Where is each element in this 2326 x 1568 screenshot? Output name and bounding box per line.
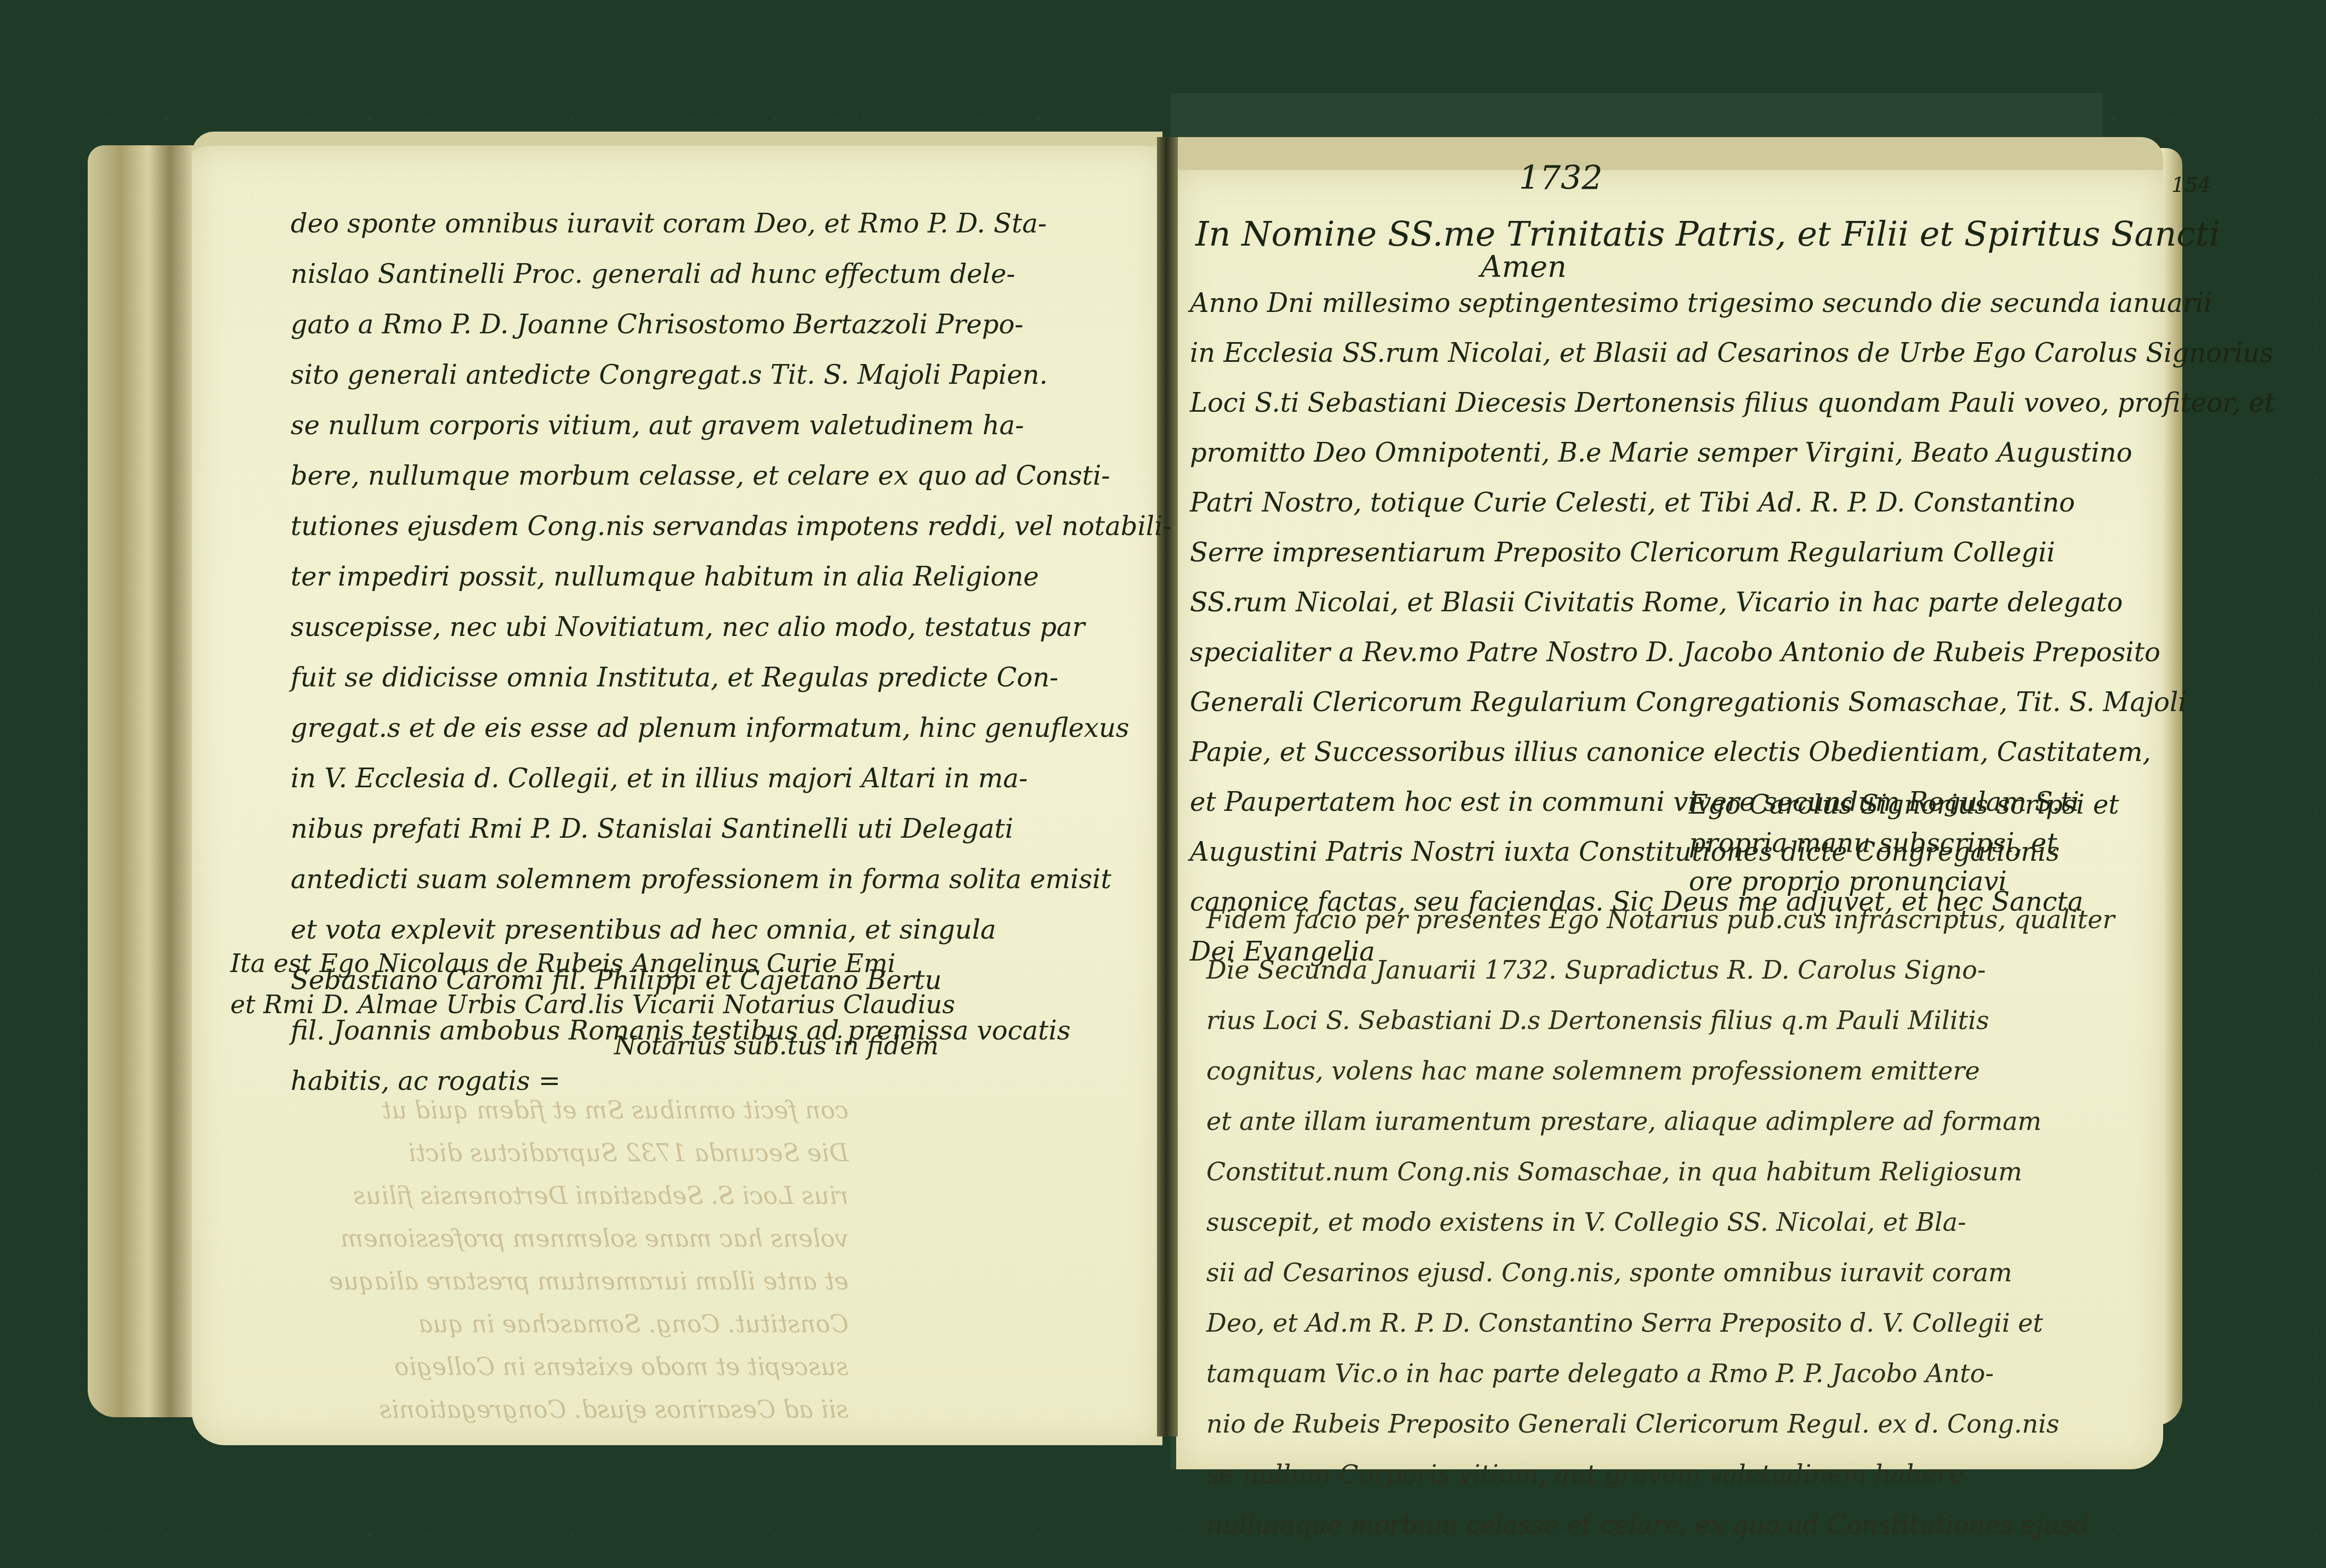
invocation-heading: In Nomine SS.me Trinitatis Patris, et Fi…	[1195, 214, 2220, 254]
text-line: tamquam Vic.o in hac parte delegato a Rm…	[1206, 1359, 2115, 1409]
text-line: sito generali antedicte Congregat.s Tit.…	[291, 360, 1172, 410]
text-line: cognitus, volens hac mane solemnem profe…	[1206, 1056, 2115, 1106]
text-line: se nullum corporis vitium, aut gravem va…	[291, 410, 1172, 461]
text-line: bere, nullumque morbum celasse, et celar…	[291, 461, 1172, 511]
text-line: et Rmi D. Almae Urbis Card.lis Vicarii N…	[230, 990, 955, 1031]
text-line: ter impediri possit, nullumque habitum i…	[291, 561, 1172, 612]
text-line: nibus prefati Rmi P. D. Stanislai Santin…	[291, 814, 1172, 864]
text-line: Papie, et Successoribus illius canonice …	[1190, 737, 2275, 787]
amen-heading: Amen	[1480, 249, 1567, 284]
text-line: Generali Clericorum Regularium Congregat…	[1190, 687, 2275, 737]
text-line: Serre impresentiarum Preposito Clericoru…	[1190, 537, 2275, 587]
text-line: Patri Nostro, totique Curie Celesti, et …	[1190, 487, 2275, 537]
text-line: in Ecclesia SS.rum Nicolai, et Blasii ad…	[1190, 338, 2275, 388]
ghost-line: Die Secunda 1732 Supradictus dicti	[329, 1139, 849, 1182]
text-line: nio de Rubeis Preposito Generali Clerico…	[1206, 1409, 2115, 1459]
signature-line: ore proprio pronunciavi	[1689, 866, 2119, 905]
ghost-line: rius Loci S. Sebastiani Dertonensis fili…	[329, 1182, 849, 1225]
text-line: specialiter a Rev.mo Patre Nostro D. Jac…	[1190, 637, 2275, 687]
text-line: nullumque morbum celasse et celare, ex q…	[1206, 1510, 2115, 1560]
ghost-line: suscepit et modo existens in Collegio	[329, 1353, 849, 1396]
text-line: Fidem facio per presentes Ego Notarius p…	[1206, 905, 2115, 955]
text-line: Constitut.num Cong.nis Somaschae, in qua…	[1206, 1157, 2115, 1207]
text-line: in V. Ecclesia d. Collegii, et in illius…	[291, 763, 1172, 814]
text-line: Deo, et Ad.m R. P. D. Constantino Serra …	[1206, 1308, 2115, 1359]
ghost-line: et ante illam iuramentum prestare aliaqu…	[329, 1268, 849, 1310]
text-line: Die Secunda Januarii 1732. Supradictus R…	[1206, 955, 2115, 1005]
text-line: sii ad Cesarinos ejusd. Cong.nis, sponte…	[1206, 1258, 2115, 1308]
ghost-line: sii ad Cesarinos ejusd. Congregationis	[329, 1396, 849, 1439]
text-line: deo sponte omnibus iuravit coram Deo, et…	[291, 208, 1172, 259]
signature-line: Ego Carolus Signorius scripsi et	[1689, 789, 2119, 828]
page-block-left-edge	[88, 145, 197, 1417]
text-line: suscepisse, nec ubi Novitiatum, nec alio…	[291, 612, 1172, 662]
folio-number: 154	[2171, 173, 2211, 197]
text-line: antedicti suam solemnem professionem in …	[291, 864, 1172, 914]
notary-attestation-right: Fidem facio per presentes Ego Notarius p…	[1206, 905, 2115, 1560]
text-line: se nullum Corporis vitium, aut gravem va…	[1206, 1459, 2115, 1510]
text-line: promitto Deo Omnipotenti, B.e Marie semp…	[1190, 438, 2275, 487]
text-line: Ita est Ego Nicolaus de Rubeis Angelinus…	[230, 948, 955, 990]
text-line: et ante illam iuramentum prestare, aliaq…	[1206, 1106, 2115, 1157]
text-line: gato a Rmo P. D. Joanne Chrisostomo Bert…	[291, 309, 1172, 360]
text-line: nislao Santinelli Proc. generali ad hunc…	[291, 259, 1172, 309]
bleed-through-text: con fecit omnibus Sm et fidem quid ut Di…	[329, 1097, 849, 1439]
signature-line: propria manu subscripsi, et	[1689, 828, 2119, 866]
text-line: fuit se didicisse omnia Instituta, et Re…	[291, 662, 1172, 713]
ghost-line: volens hac mane solemnem professionem	[329, 1225, 849, 1268]
ghost-line: Constitut. Cong. Somaschae in qua	[329, 1310, 849, 1353]
notary-attestation-left: Ita est Ego Nicolaus de Rubeis Angelinus…	[230, 948, 955, 1072]
ghost-line: con fecit omnibus Sm et fidem quid ut	[329, 1097, 849, 1139]
text-line: SS.rum Nicolai, et Blasii Civitatis Rome…	[1190, 587, 2275, 637]
text-line: Loci S.ti Sebastiani Diecesis Dertonensi…	[1190, 388, 2275, 438]
text-line: Anno Dni millesimo septingentesimo trige…	[1190, 288, 2275, 338]
text-line: rius Loci S. Sebastiani D.s Dertonensis …	[1206, 1005, 2115, 1056]
text-line: tutiones ejusdem Cong.nis servandas impo…	[291, 511, 1172, 561]
professant-signature: Ego Carolus Signorius scripsi et propria…	[1689, 789, 2119, 905]
text-line: gregat.s et de eis esse ad plenum inform…	[291, 713, 1172, 763]
text-line: suscepit, et modo existens in V. Collegi…	[1206, 1207, 2115, 1258]
year-heading: 1732	[1519, 159, 1603, 197]
notary-signature: Notarius sub.tus in fidem	[230, 1031, 955, 1072]
